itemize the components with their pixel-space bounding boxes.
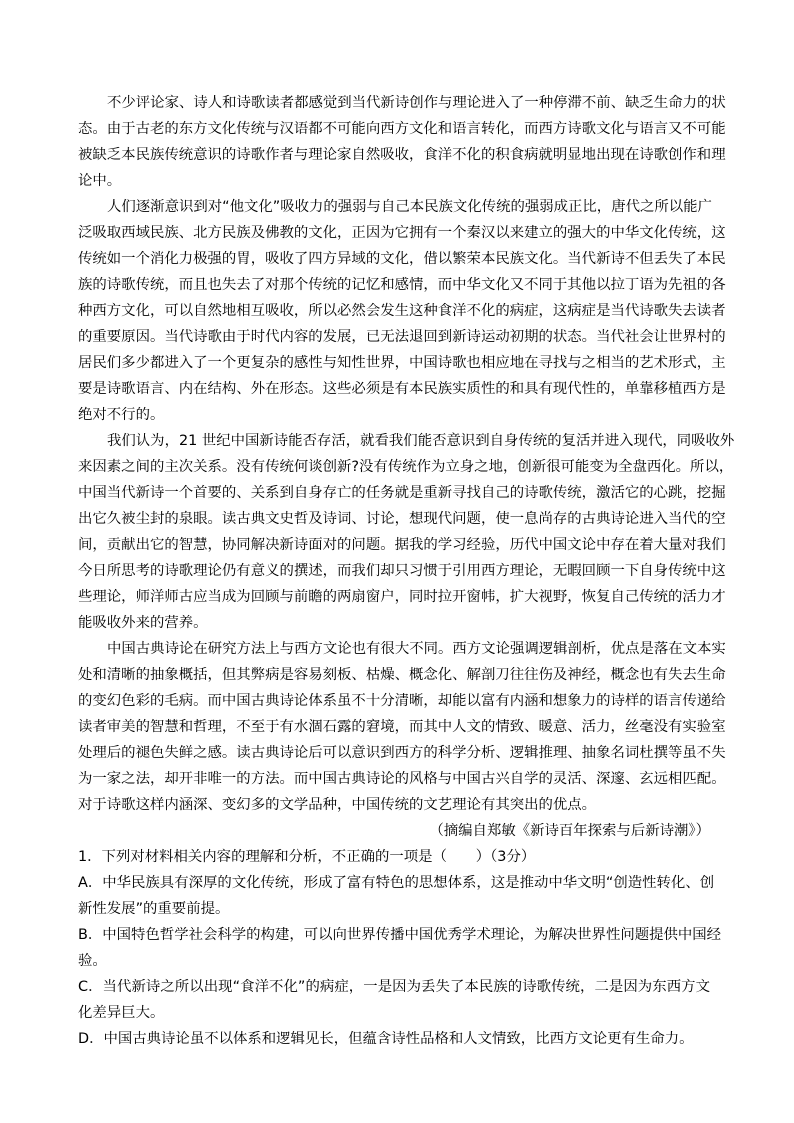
text-line: 传统如一个消化力极强的胃，吸收了四方异域的文化，借以繁荣本民族文化。当代新诗不但… — [78, 249, 710, 275]
text-line: 中国古典诗论在研究方法上与西方文论也有很大不同。西方文论强调逻辑剖析，优点是落在… — [78, 639, 710, 665]
question-1: 1．下列对材料相关内容的理解和分析，不正确的一项是（ ）（3分） A．中华民族具… — [78, 847, 710, 1055]
option-text: B．中国特色哲学社会科学的构建，可以向世界传播中国优秀学术理论，为解决世界性问题… — [78, 925, 710, 951]
option-text: 新性发展”的重要前提。 — [78, 899, 710, 925]
text-line: 不少评论家、诗人和诗歌读者都感觉到当代新诗创作与理论进入了一种停滞不前、缺乏生命… — [78, 93, 710, 119]
paragraph-3: 我们认为，21 世纪中国新诗能否存活，就看我们能否意识到自身传统的复活并进入现代… — [78, 431, 710, 639]
text-line: 来因素之间的主次关系。没有传统何谈创新?没有传统作为立身之地，创新很可能变为全盘… — [78, 457, 710, 483]
text-line: 被缺乏本民族传统意识的诗歌作者与理论家自然吸收，食洋不化的积食病就明显地出现在诗… — [78, 145, 710, 171]
text-line: 对于诗歌这样内涵深、变幻多的文学品种，中国传统的文艺理论有其突出的优点。 — [78, 795, 710, 821]
paragraph-4: 中国古典诗论在研究方法上与西方文论也有很大不同。西方文论强调逻辑剖析，优点是落在… — [78, 639, 710, 821]
text-line: 种西方文化，可以自然地相互吸收，所以必然会发生这种食洋不化的病症，这病症是当代诗… — [78, 301, 710, 327]
source-citation: （摘编自郑敏《新诗百年探索与后新诗潮》） — [78, 821, 710, 847]
option-b: B．中国特色哲学社会科学的构建，可以向世界传播中国优秀学术理论，为解决世界性问题… — [78, 925, 710, 977]
option-a: A．中华民族具有深厚的文化传统，形成了富有特色的思想体系，这是推动中华文明“创造… — [78, 873, 710, 925]
text-line: 的变幻色彩的毛病。而中国古典诗论体系虽不十分清晰，却能以富有内涵和想象力的诗样的… — [78, 691, 710, 717]
text-line: 处和清晰的抽象概括，但其弊病是容易刻板、枯燥、概念化、解剖刀往往伤及神经，概念也… — [78, 665, 710, 691]
option-text: C．当代新诗之所以出现“食洋不化”的病症，一是因为丢失了本民族的诗歌传统，二是因… — [78, 977, 710, 1003]
text-line: 的重要原因。当代诗歌由于时代内容的发展，已无法退回到新诗运动初期的状态。当代社会… — [78, 327, 710, 353]
text-line: 人们逐渐意识到对“他文化”吸收力的强弱与自己本民族文化传统的强弱成正比，唐代之所… — [78, 197, 710, 223]
text-line: 出它久被尘封的泉眼。读古典文史哲及诗词、讨论，想现代问题，使一息尚存的古典诗论进… — [78, 509, 710, 535]
text-line: 读者审美的智慧和哲理，不至于有水涸石露的窘境，而其中人文的情致、暖意、活力，丝毫… — [78, 717, 710, 743]
text-line: 要是诗歌语言、内在结构、外在形态。这些必须是有本民族实质性的和具有现代性的，单靠… — [78, 379, 710, 405]
text-line: 居民们多少都进入了一个更复杂的感性与知性世界，中国诗歌也相应地在寻找与之相当的艺… — [78, 353, 710, 379]
text-line: 能吸收外来的营养。 — [78, 613, 710, 639]
text-line: 态。由于古老的东方文化传统与汉语都不可能向西方文化和语言转化，而西方诗歌文化与语… — [78, 119, 710, 145]
text-line: 泛吸取西域民族、北方民族及佛教的文化，正因为它拥有一个秦汉以来建立的强大的中华文… — [78, 223, 710, 249]
question-stem: 1．下列对材料相关内容的理解和分析，不正确的一项是（ ）（3分） — [78, 847, 710, 873]
text-line: 绝对不行的。 — [78, 405, 710, 431]
option-text: A．中华民族具有深厚的文化传统，形成了富有特色的思想体系，这是推动中华文明“创造… — [78, 873, 710, 899]
text-line: 族的诗歌传统，而且也失去了对那个传统的记忆和感情，而中华文化又不同于其他以拉丁语… — [78, 275, 710, 301]
text-line: 处理后的褪色失鲜之感。读古典诗论后可以意识到西方的科学分析、逻辑推理、抽象名词杜… — [78, 743, 710, 769]
option-text: 化差异巨大。 — [78, 1003, 710, 1029]
option-text: 验。 — [78, 951, 710, 977]
text-line: 间，贡献出它的智慧，协同解决新诗面对的问题。据我的学习经验，历代中国文论中存在着… — [78, 535, 710, 561]
text-line: 论中。 — [78, 171, 710, 197]
option-d: D．中国古典诗论虽不以体系和逻辑见长，但蕴含诗性品格和人文情致，比西方文论更有生… — [78, 1029, 710, 1055]
text-line: 今日所思考的诗歌理论仍有意义的撰述，而我们却只习惯于引用西方理论，无暇回顾一下自… — [78, 561, 710, 587]
paragraph-1: 不少评论家、诗人和诗歌读者都感觉到当代新诗创作与理论进入了一种停滞不前、缺乏生命… — [78, 93, 710, 197]
paragraph-2: 人们逐渐意识到对“他文化”吸收力的强弱与自己本民族文化传统的强弱成正比，唐代之所… — [78, 197, 710, 431]
document-page: 不少评论家、诗人和诗歌读者都感觉到当代新诗创作与理论进入了一种停滞不前、缺乏生命… — [78, 93, 710, 1055]
option-c: C．当代新诗之所以出现“食洋不化”的病症，一是因为丢失了本民族的诗歌传统，二是因… — [78, 977, 710, 1029]
option-text: D．中国古典诗论虽不以体系和逻辑见长，但蕴含诗性品格和人文情致，比西方文论更有生… — [78, 1029, 710, 1055]
text-line: 些理论，师洋师古应当成为回顾与前瞻的两扇窗户，同时拉开窗帏，扩大视野，恢复自己传… — [78, 587, 710, 613]
text-line: 我们认为，21 世纪中国新诗能否存活，就看我们能否意识到自身传统的复活并进入现代… — [78, 431, 710, 457]
text-line: 中国当代新诗一个首要的、关系到自身存亡的任务就是重新寻找自己的诗歌传统，激活它的… — [78, 483, 710, 509]
text-line: 为一家之法，却开非唯一的方法。而中国古典诗论的风格与中国古兴自学的灵活、深邃、玄… — [78, 769, 710, 795]
